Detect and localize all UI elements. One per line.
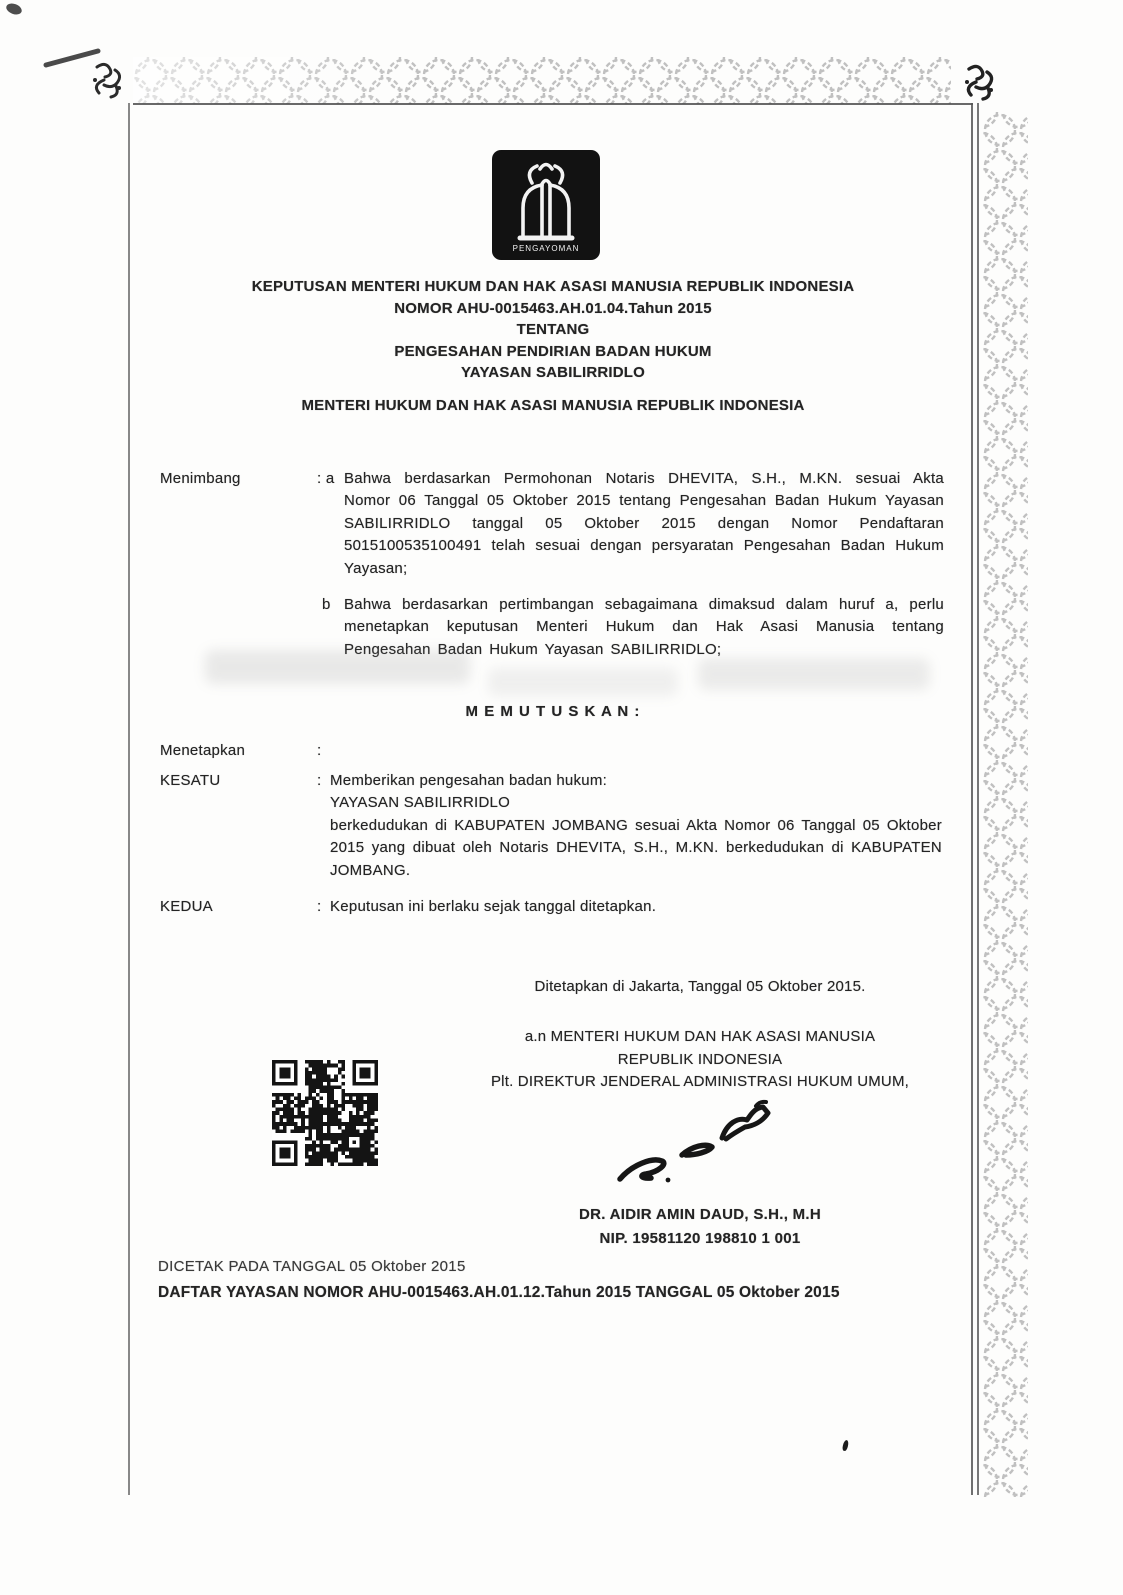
decree-tentang: TENTANG: [133, 319, 973, 341]
kesatu-line1: Memberikan pengesahan badan hukum:: [330, 770, 942, 792]
qr-code: [272, 1060, 378, 1166]
kesatu-content: Memberikan pengesahan badan hukum: YAYAS…: [330, 770, 942, 882]
on-behalf-line1: a.n MENTERI HUKUM DAN HAK ASASI MANUSIA: [480, 1026, 920, 1049]
menimbang-row-a: Menimbang : a Bahwa berdasarkan Permohon…: [160, 468, 944, 580]
frame-border-right-inner: [977, 103, 979, 1495]
handwritten-signature: [606, 1093, 796, 1193]
corner-flourish-icon: [962, 62, 996, 104]
kedua-row: KEDUA : Keputusan ini berlaku sejak tang…: [160, 896, 942, 918]
kedua-colon: :: [317, 896, 330, 918]
signer-block: DR. AIDIR AMIN DAUD, S.H., M.H NIP. 1958…: [480, 1203, 920, 1251]
decree-title-line1: KEPUTUSAN MENTERI HUKUM DAN HAK ASASI MA…: [133, 276, 973, 298]
place-date-line: Ditetapkan di Jakarta, Tanggal 05 Oktobe…: [480, 978, 920, 995]
scan-ghost-smudge: [488, 668, 678, 696]
printed-date-line: DICETAK PADA TANGGAL 05 Oktober 2015: [158, 1258, 466, 1275]
register-number-line: DAFTAR YAYASAN NOMOR AHU-0015463.AH.01.1…: [158, 1284, 840, 1302]
memutuskan-heading: M E M U T U S K A N :: [133, 703, 973, 720]
signer-nip: NIP. 19581120 198810 1 001: [480, 1227, 920, 1251]
frame-border-top: [133, 103, 973, 105]
foundation-name: YAYASAN SABILIRRIDLO: [133, 362, 973, 384]
kedua-text: Keputusan ini berlaku sejak tanggal dite…: [330, 896, 942, 918]
issuing-authority: MENTERI HUKUM DAN HAK ASASI MANUSIA REPU…: [133, 395, 973, 417]
menimbang-text-a: Bahwa berdasarkan Permohonan Notaris DHE…: [344, 468, 944, 580]
kesatu-line2: YAYASAN SABILIRRIDLO: [330, 792, 942, 814]
guilloche-border-top: [133, 57, 951, 104]
menimbang-label: Menimbang: [160, 468, 317, 580]
scan-comma-mark: [842, 1440, 850, 1452]
corner-flourish-icon: [90, 60, 124, 102]
kesatu-label: KESATU: [160, 770, 317, 882]
emblem-caption: PENGAYOMAN: [513, 244, 580, 253]
pengayoman-emblem-icon: PENGAYOMAN: [490, 148, 602, 262]
frame-border-left: [128, 103, 130, 1495]
decree-number: NOMOR AHU-0015463.AH.01.04.Tahun 2015: [133, 298, 973, 320]
menimbang-marker-a: : a: [317, 468, 344, 580]
menetapkan-label: Menetapkan: [160, 740, 317, 762]
decree-title-block: KEPUTUSAN MENTERI HUKUM DAN HAK ASASI MA…: [133, 276, 973, 416]
scan-speck: [5, 2, 23, 17]
on-behalf-block: a.n MENTERI HUKUM DAN HAK ASASI MANUSIA …: [480, 1026, 920, 1094]
kesatu-line3: berkedudukan di KABUPATEN JOMBANG sesuai…: [330, 815, 942, 882]
scan-ghost-smudge: [205, 650, 470, 684]
kesatu-row: KESATU : Memberikan pengesahan badan huk…: [160, 770, 942, 882]
on-behalf-line2: REPUBLIK INDONESIA: [480, 1049, 920, 1072]
decree-subject: PENGESAHAN PENDIRIAN BADAN HUKUM: [133, 341, 973, 363]
on-behalf-line3: Plt. DIREKTUR JENDERAL ADMINISTRASI HUKU…: [480, 1071, 920, 1094]
kesatu-colon: :: [317, 770, 330, 882]
menetapkan-row: Menetapkan :: [160, 740, 330, 762]
scan-ghost-smudge: [698, 658, 930, 690]
guilloche-border-right: [982, 112, 1028, 1497]
menetapkan-colon: :: [317, 740, 330, 762]
kedua-label: KEDUA: [160, 896, 317, 918]
signer-name: DR. AIDIR AMIN DAUD, S.H., M.H: [480, 1203, 920, 1227]
scanned-decree-page: PENGAYOMAN KEPUTUSAN MENTERI HUKUM DAN H…: [0, 0, 1123, 1595]
